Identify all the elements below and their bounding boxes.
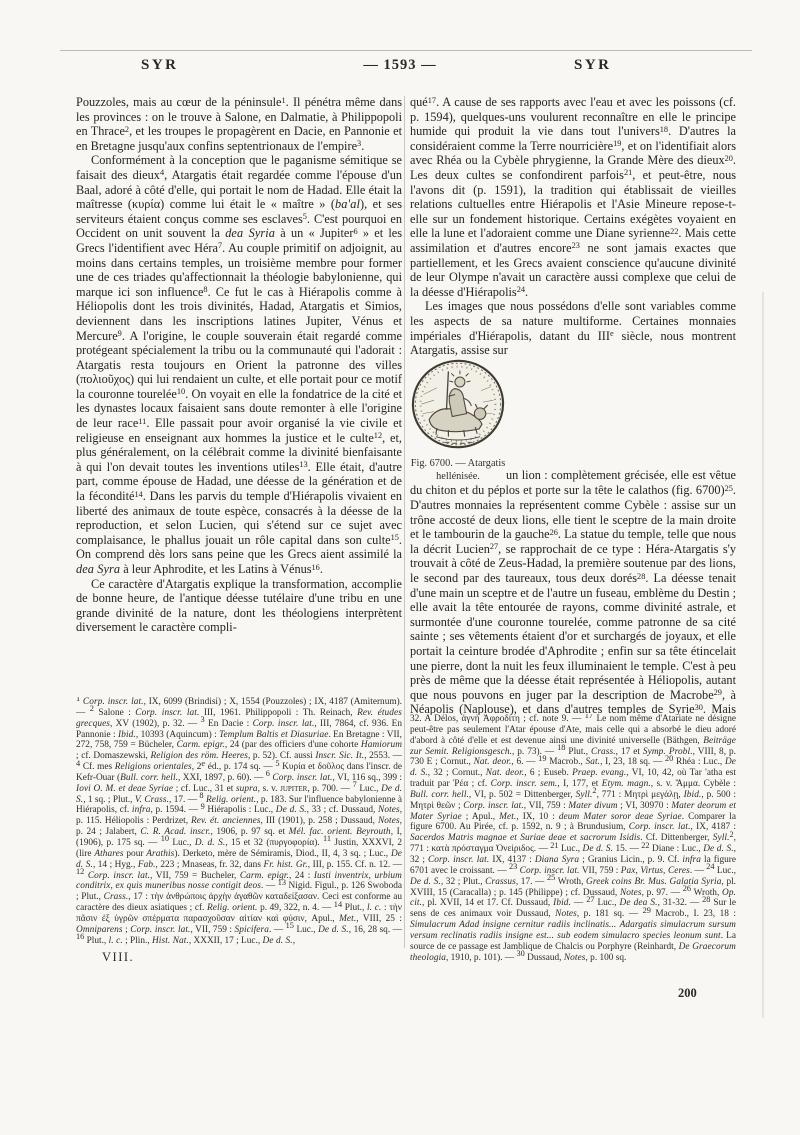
paragraph: Conformément à la conception que le paga… — [76, 153, 402, 576]
footnotes-left-column: 1 Corp. inscr. lat., IX, 6099 (Brindisi)… — [76, 697, 402, 951]
column-divider-rule — [404, 96, 405, 948]
page-number: 200 — [678, 986, 697, 1001]
scan-top-edge-artifact — [60, 50, 752, 51]
scanned-dictionary-page: { "header": { "left_title": "SYR", "page… — [0, 0, 800, 1135]
paragraph-continuation: qué17. A cause de ses rapports avec l'ea… — [410, 95, 736, 299]
running-title-right: SYR — [574, 57, 612, 74]
scan-right-edge-artifact — [762, 292, 764, 1018]
figure-6700: Fig. 6700. — Atargatishellénisée. — [410, 358, 506, 484]
figure-caption: Fig. 6700. — Atargatishellénisée. — [410, 458, 506, 483]
paragraph-text: Les images que nous possédons d'elle son… — [410, 299, 736, 357]
volume-signature: VIII. — [102, 950, 134, 965]
left-column: Pouzzoles, mais au cœur de la péninsule1… — [76, 95, 402, 635]
column-number: — 1593 — — [363, 57, 436, 74]
right-column: qué17. A cause de ses rapports avec l'ea… — [410, 95, 736, 715]
running-title-left: SYR — [141, 57, 179, 74]
paragraph: Ce caractère d'Atargatis explique la tra… — [76, 577, 402, 635]
paragraph-continuation: Pouzzoles, mais au cœur de la péninsule1… — [76, 95, 402, 153]
figure-caption-line1: Fig. 6700. — Atargatis — [411, 458, 506, 469]
footnotes-right-column: 32. A Délos, ἁγνὴ Ἀφροδίτη ; cf. note 9.… — [410, 714, 736, 984]
figure-caption-line2: hellénisée. — [436, 471, 480, 482]
paragraph-text: un lion : complètement grécisée, elle es… — [410, 468, 736, 715]
coin-atargatis-engraving — [410, 358, 506, 452]
paragraph: Les images que nous possédons d'elle son… — [410, 299, 736, 357]
